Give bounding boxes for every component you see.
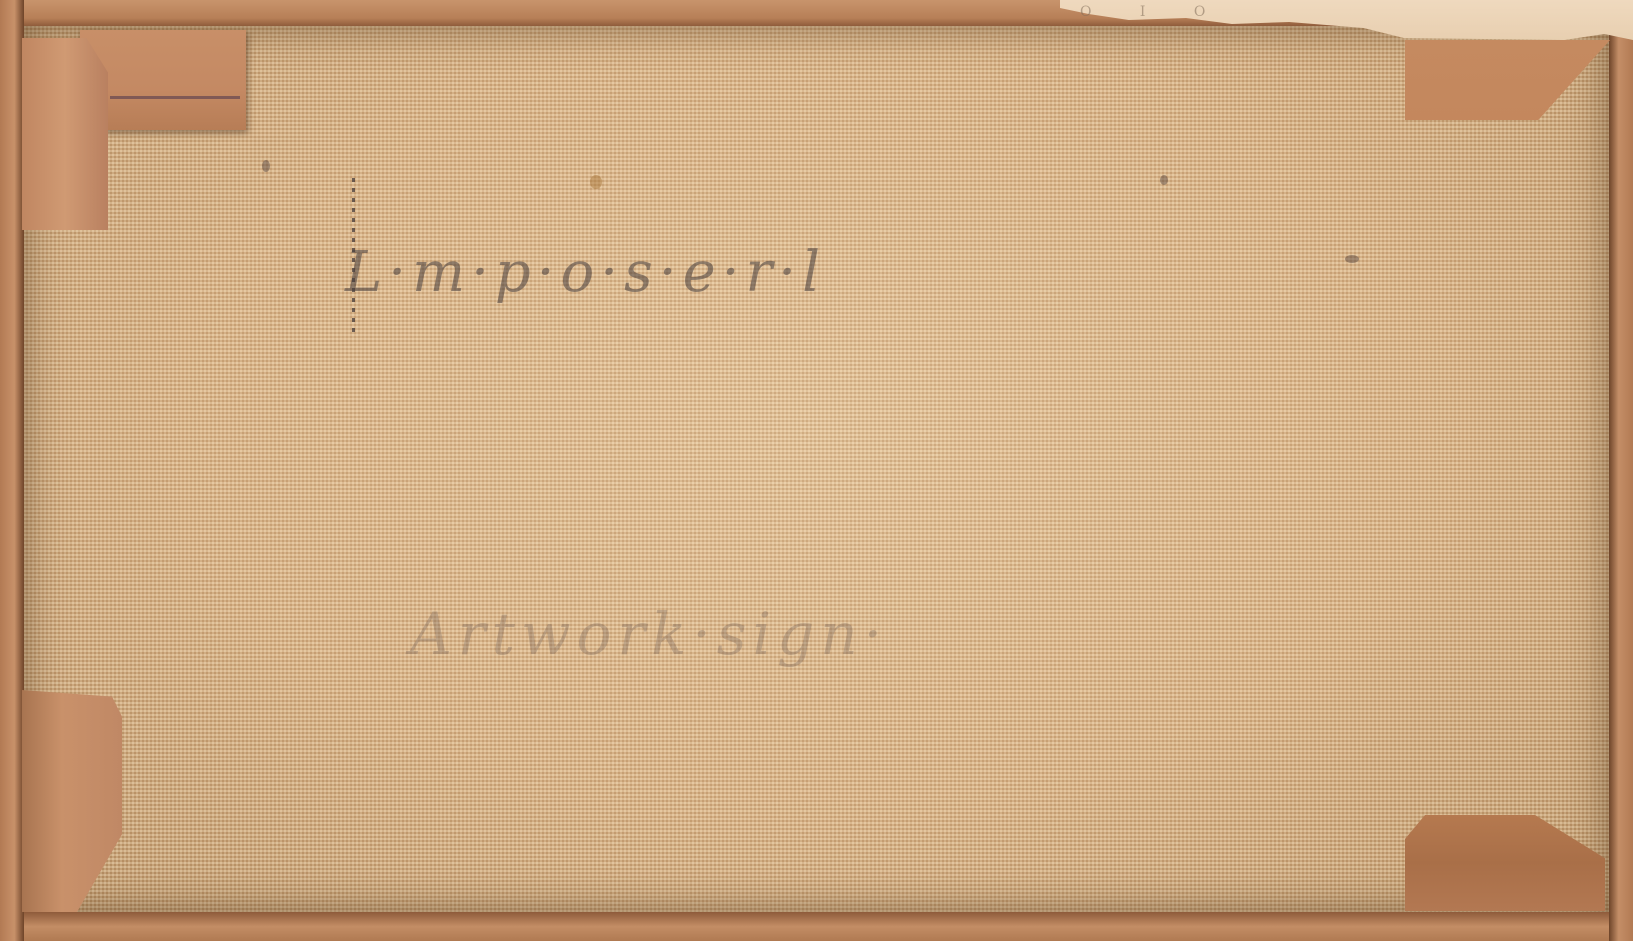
corner-key-top-left-vertical xyxy=(22,38,108,230)
canvas-back-photo: O I O L·m·p·o·s·e·r·l Artwork·sign· xyxy=(0,0,1633,941)
ink-mark xyxy=(262,160,270,172)
stain-mark xyxy=(590,175,602,189)
inscription-top: L·m·p·o·s·e·r·l xyxy=(345,240,826,305)
wood-crack xyxy=(110,96,240,99)
stretcher-bar-left xyxy=(0,0,24,941)
ink-mark xyxy=(1160,175,1168,185)
paper-label-text: O I O xyxy=(1080,4,1227,20)
stretcher-bar-right xyxy=(1609,0,1633,941)
stretcher-bar-bottom xyxy=(0,912,1633,941)
canvas-linen xyxy=(24,26,1609,912)
ink-mark xyxy=(1345,255,1359,263)
inscription-bottom: Artwork·sign· xyxy=(410,600,888,668)
